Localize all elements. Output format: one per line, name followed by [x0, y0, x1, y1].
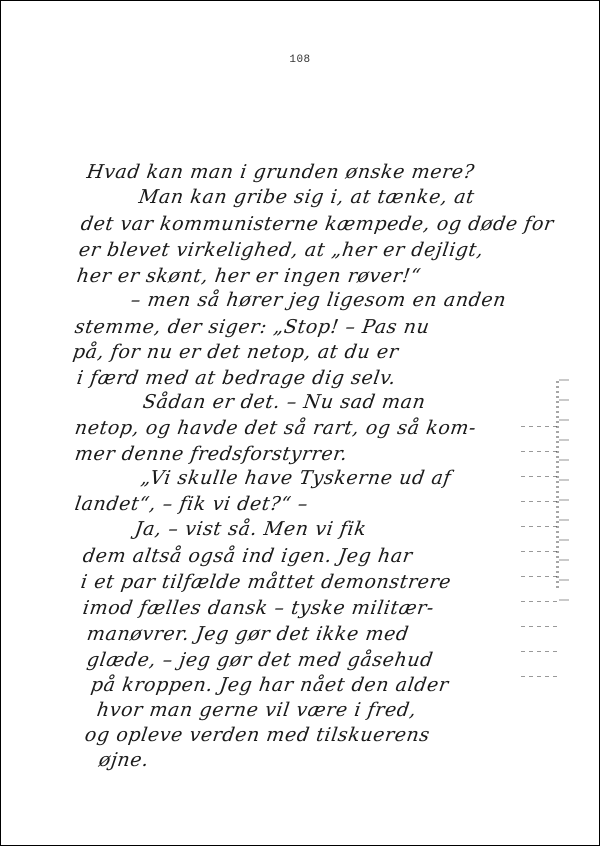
scan-dash-mark: [521, 626, 561, 627]
handwritten-line: hvor man gerne vil være i fred,: [95, 699, 417, 721]
scan-dash-mark: [521, 601, 561, 602]
handwritten-line: her er skønt, her er ingen røver!“: [75, 265, 422, 287]
handwritten-line: Man kan gribe sig i, at tænke, at: [137, 186, 476, 208]
handwritten-line: – men så hører jeg ligesom en anden: [129, 289, 507, 311]
handwritten-line: manøvrer. Jeg gør det ikke med: [85, 623, 410, 645]
handwritten-line: er blevet virkelighed, at „her er dejlig…: [77, 239, 485, 261]
scan-edge-speckle: [556, 381, 559, 591]
scan-dash-mark: [521, 451, 561, 452]
handwritten-line: Sådan er det. – Nu sad man: [141, 391, 427, 413]
scan-dash-mark: [521, 676, 561, 677]
handwritten-line: i et par tilfælde måttet demonstrere: [79, 571, 452, 593]
handwritten-line: Ja, – vist så. Men vi fik: [133, 518, 367, 540]
scan-edge-artifact: [559, 361, 569, 601]
handwritten-line: landet“, – fik vi det?“ –: [73, 493, 309, 515]
scan-dash-mark: [521, 651, 561, 652]
scan-dash-mark: [521, 501, 561, 502]
handwritten-line: dem altså også ind igen. Jeg har: [81, 545, 414, 567]
scan-dash-mark: [521, 526, 561, 527]
scan-dash-mark: [521, 551, 561, 552]
handwritten-line: „Vi skulle have Tyskerne ud af: [139, 467, 452, 489]
handwritten-line: øjne.: [97, 749, 150, 771]
handwritten-line: Hvad kan man i grunden ønske mere?: [85, 161, 476, 183]
handwritten-line: i færd med at bedrage dig selv.: [75, 367, 397, 389]
handwritten-line: og opleve verden med tilskuerens: [83, 724, 431, 746]
scan-dash-mark: [521, 426, 561, 427]
handwritten-line: imod fælles dansk – tyske militær-: [81, 597, 435, 619]
scan-dash-mark: [521, 476, 561, 477]
handwritten-line: glæde, – jeg gør det med gåsehud: [85, 649, 434, 671]
handwritten-line: netop, og havde det så rart, og så kom-: [73, 417, 477, 439]
handwritten-line: på, for nu er det netop, at du er: [71, 341, 400, 363]
handwritten-line: stemme, der siger: „Stop! – Pas nu: [73, 316, 431, 338]
handwritten-line: mer denne fredsforstyrrer.: [73, 443, 349, 465]
handwritten-line: på kroppen. Jeg har nået den alder: [89, 674, 450, 696]
document-page: 108 Hvad kan man i grunden ønske mere? M…: [0, 0, 600, 846]
scan-dash-mark: [521, 576, 561, 577]
handwritten-line: det var kommunisterne kæmpede, og døde f…: [79, 213, 555, 235]
page-number: 108: [1, 54, 599, 66]
